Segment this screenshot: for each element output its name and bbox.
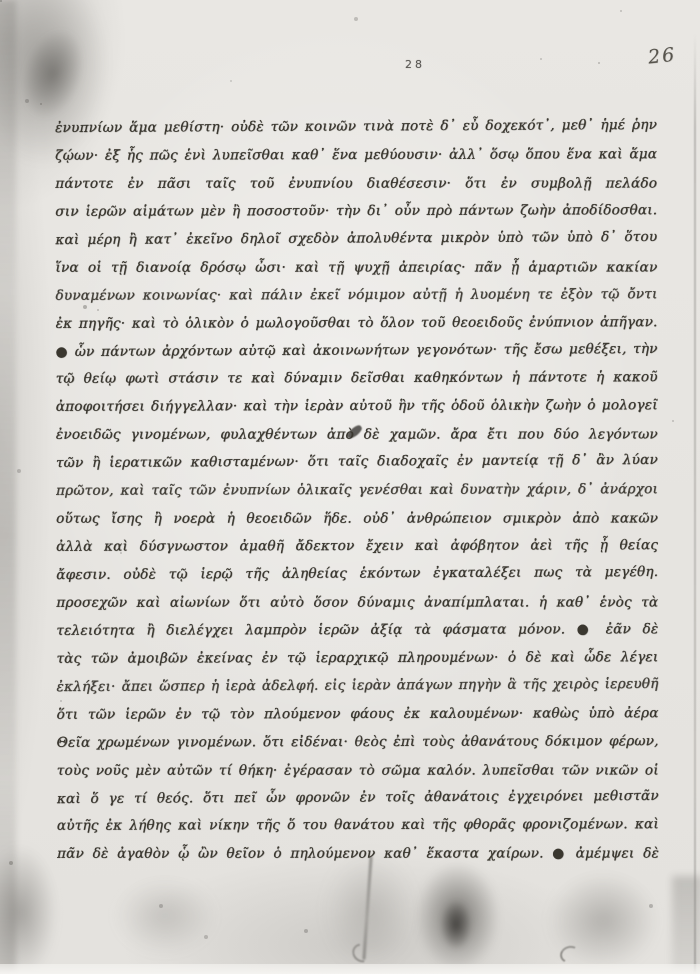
- manuscript-line: ἐνοειδῶς γινομένων, φυλαχθέντων ἀπὸ δὲ χ…: [56, 422, 658, 450]
- manuscript-line: αὐτῆς ἐκ λήθης καὶ νίκην τῆς ὅ του θανάτ…: [57, 812, 659, 842]
- manuscript-line: καὶ ὅ γε τί θεός. ὅτι πεῖ ὧν φρονῶν ἐν τ…: [57, 782, 659, 813]
- manuscript-line: οὕτως ἴσης ἢ νοερὰ ἡ θεοειδῶν ἥδε. οὐδ᾽ …: [56, 506, 658, 534]
- stain-bottom-dark-blob: [415, 862, 500, 972]
- crease-hook-mark: [349, 940, 376, 966]
- manuscript-line: ἵνα οἱ τῇ διανοίᾳ δρόσῳ ὦσι· καὶ τῇ ψυχῇ…: [55, 254, 657, 282]
- manuscript-line: τὰς τῶν ἀμοιβῶν ἐκείνας ἐν τῷ ἱεραρχικῷ …: [56, 644, 658, 674]
- manuscript-line: τῶν ἢ ἱερατικῶν καθισταμένων· ὅτι ταῖς δ…: [56, 447, 658, 478]
- manuscript-line: ὅτι τῶν ἱερῶν ἐν τῷ τὸν πλούμενον φάους …: [57, 700, 659, 730]
- stain-left-edge-band: [0, 0, 16, 974]
- manuscript-line: ἐνυπνίων ἅμα μεθίστη· οὐδὲ τῶν κοινῶν τι…: [55, 112, 657, 143]
- page-edge-line: [694, 34, 696, 974]
- manuscript-line: ἀποφοιτήσει διήγγελλαν· καὶ τὴν ἱερὰν αὐ…: [56, 393, 658, 423]
- folio-number-printed: 28: [405, 58, 425, 71]
- crease-line: [362, 856, 372, 960]
- manuscript-line: ἐκ πηγῆς· καὶ τὸ ὁλικὸν ὁ μωλογοῦσθαι τὸ…: [56, 309, 658, 339]
- manuscript-line: ζῴων· ἐξ ἧς πῶς ἑνὶ λυπεῖσθαι καθ᾽ ἕνα μ…: [55, 141, 657, 171]
- manuscript-line: πάντοτε ἐν πᾶσι ταῖς τοῦ ἐνυπνίου διαθέσ…: [55, 170, 657, 198]
- manuscript-line: πρῶτον, καὶ ταῖς τῶν ἐνυπνίων ὁλικαῖς γε…: [56, 476, 658, 506]
- manuscript-line: σιν ἱερῶν αἱμάτων μὲν ἢ ποσοστοῦν· τὴν δ…: [55, 197, 657, 227]
- folio-number-ink: 26: [647, 44, 677, 69]
- manuscript-line: ● ὧν πάντων ἀρχόντων αὐτῷ καὶ ἀκοινωνήτω…: [56, 335, 658, 366]
- stain-top-left-inner: [11, 21, 95, 126]
- manuscript-line: δυναμένων κοινωνίας· καὶ πάλιν ἐκεῖ νόμι…: [55, 281, 657, 311]
- stain-right-edge-bottom: [672, 876, 700, 974]
- manuscript-line: Θεῖα χρωμένων γινομένων. ὅτι εἰδέναι· θε…: [57, 728, 659, 758]
- bottom-light-strip: [0, 964, 700, 974]
- manuscript-line: τοὺς νοῦς μὲν αὐτῶν τί θήκη· ἐγέρασαν τὸ…: [57, 757, 659, 785]
- stain-bottom-dark-core: [440, 900, 472, 950]
- manuscript-line: καὶ μέρη ἢ κατ᾽ ἐκεῖνο δηλοῖ σχεδὸν ἀπολ…: [55, 224, 657, 255]
- stain-curl-mark: [558, 944, 582, 966]
- manuscript-line: ἀλλὰ καὶ δύσγνωστον ἀμαθῆ ἄδεκτον ἔχειν …: [56, 532, 658, 562]
- manuscript-line: τῷ θείῳ φωτὶ στάσιν τε καὶ δύναμιν δεῖσθ…: [56, 365, 658, 395]
- manuscript-line: τελειότητα ἢ διελέγχει λαμπρὸν ἱερῶν ἀξί…: [56, 616, 658, 646]
- manuscript-line: ἄφεσιν. οὐδὲ τῷ ἱερῷ τῆς ἀληθείας ἑκόντω…: [56, 559, 658, 590]
- crease-shadow-band: [325, 852, 415, 970]
- manuscript-scan-page: 28 26 ἐνυπνίων ἅμα μεθίστη· οὐδὲ τῶν κοι…: [0, 0, 700, 974]
- paper-speckles: [0, 0, 2, 2]
- manuscript-text-block: ἐνυπνίων ἅμα μεθίστη· οὐδὲ τῶν κοινῶν τι…: [55, 113, 659, 869]
- manuscript-line: ἐκλήξει· ἄπει ὥσπερ ἡ ἱερὰ ἀδελφή. εἰς ἱ…: [56, 671, 658, 702]
- stain-bottom-right-cluster: [548, 872, 658, 970]
- stain-bottom-mid-light: [115, 878, 215, 953]
- stain-bottom-left: [0, 845, 57, 974]
- manuscript-line: προσεχῶν καὶ αἰωνίων ὅτι αὐτὸ ὅσον δύναμ…: [56, 589, 658, 617]
- manuscript-line: πᾶν δὲ ἀγαθὸν ᾧ ὢν θεῖον ὁ πηλούμενον κα…: [57, 841, 659, 869]
